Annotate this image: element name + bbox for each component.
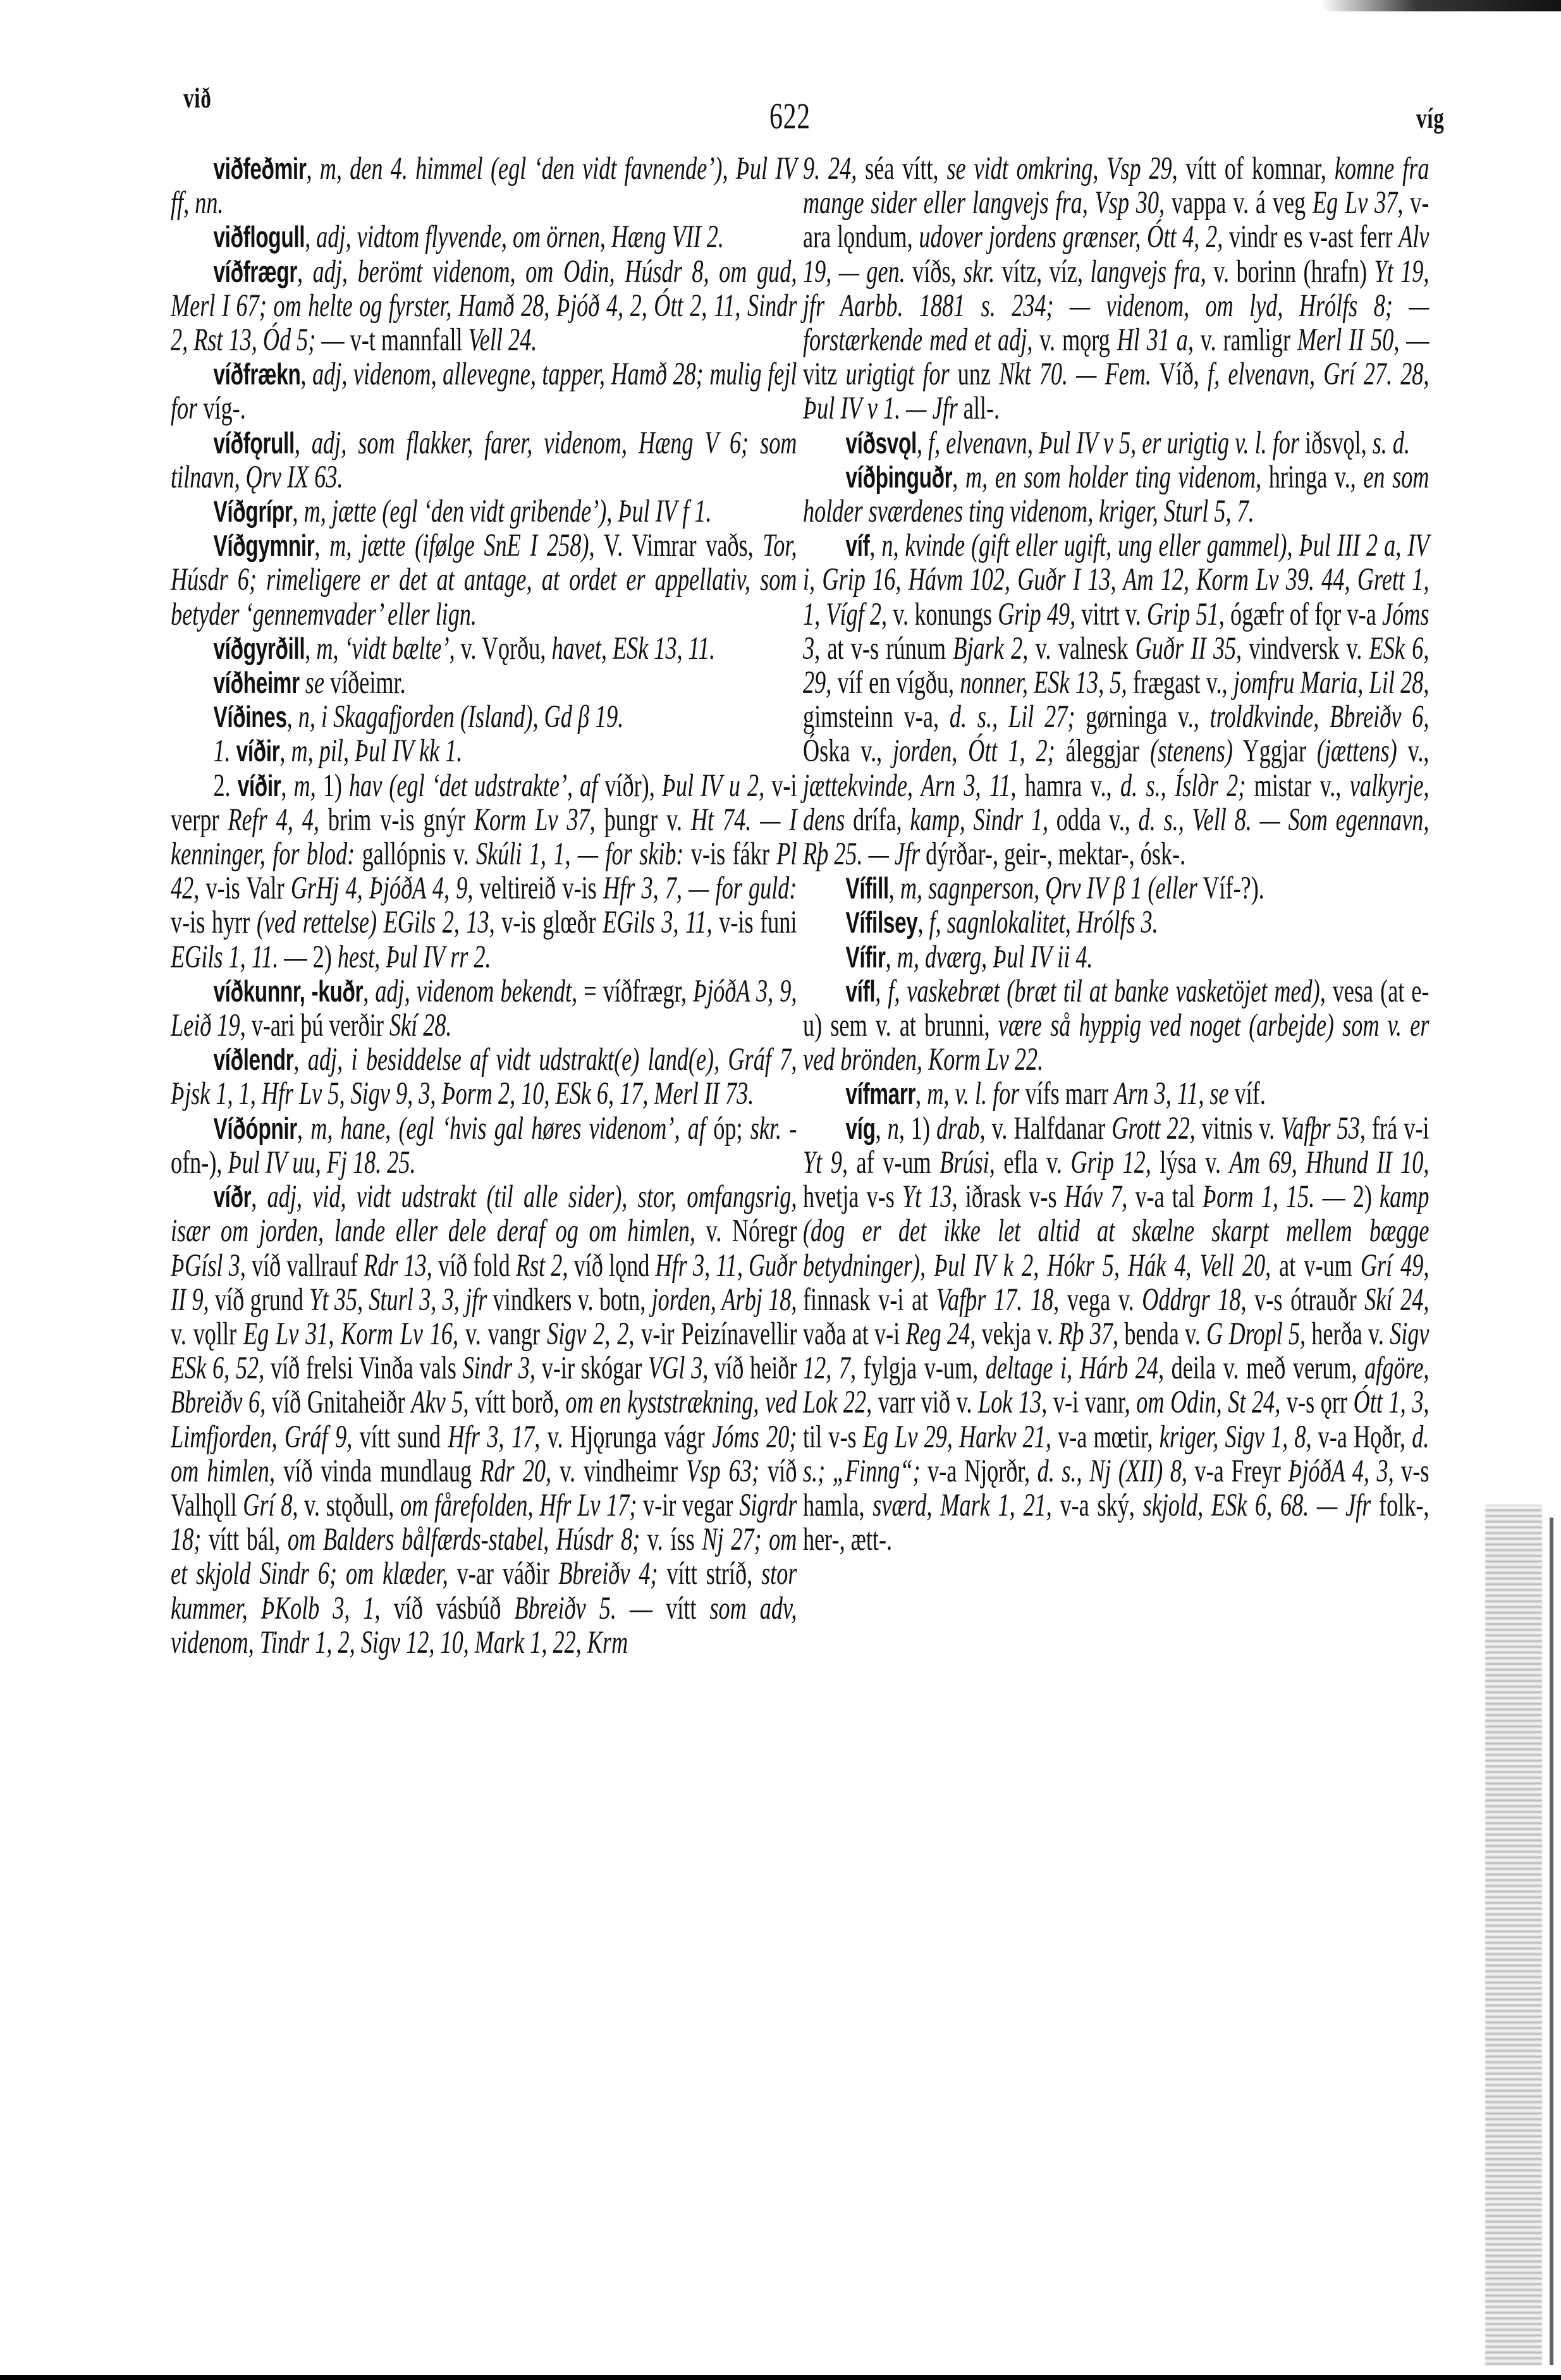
- citation-text: þungr v.: [596, 802, 691, 838]
- scan-smudge: [1321, 0, 1561, 11]
- citation-text: vitnis v.: [1196, 1111, 1281, 1146]
- definition-text: udover jordens grænser, Ótt 4, 2,: [919, 219, 1223, 255]
- definition-text: Arn 3, 11, se: [1114, 1076, 1228, 1112]
- definition-text: kamp, Sindr 1,: [910, 802, 1048, 838]
- definition-text: f, elvenavn, Þul IV v 5, er urigtig v. l…: [928, 426, 1299, 461]
- definition-text: troldkvinde, Bbreiðv 6,: [1210, 699, 1429, 735]
- dictionary-entry: víðfrækn, adj, videnom, allevegne, tappe…: [171, 357, 797, 426]
- citation-text: v-a Njǫrðr,: [921, 1454, 1038, 1489]
- definition-text: Grí 8,: [243, 1488, 298, 1523]
- citation-text: af v-um: [848, 1145, 940, 1181]
- definition-text: deltage i, Hárb 24,: [986, 1351, 1164, 1386]
- definition-text: Skúli 1, 1, — for skib:: [476, 837, 683, 872]
- definition-text: Rdr 20,: [480, 1454, 551, 1489]
- definition-text: m, jætte (egl ‘den vidt gribende’), Þul …: [304, 494, 712, 529]
- citation-text: — v-t mannfall: [315, 322, 468, 358]
- citation-text: víð lǫnd: [568, 1248, 655, 1284]
- definition-text: m, sagnperson, Ǫrv IV β 1 (eller: [900, 871, 1197, 906]
- citation-text: v. íss: [640, 1522, 702, 1557]
- definition-text: m, ‘vidt bælte’,: [316, 631, 455, 666]
- citation-text: óp;: [706, 1111, 750, 1146]
- citation-text: v-is fákr: [683, 837, 776, 872]
- definition-text: Refr 4, 4,: [228, 802, 319, 838]
- headword: víðfrægr: [213, 255, 297, 288]
- definition-text: m, dværg, Þul IV ii 4.: [897, 940, 1093, 975]
- definition-text: Reg 24,: [905, 1316, 976, 1352]
- citation-text: vítt borð,: [469, 1385, 566, 1420]
- dictionary-entry: Víðines, n, i Skagafjorden (Island), Gd …: [171, 700, 797, 734]
- definition-text: Skí 28.: [389, 1008, 452, 1043]
- headword: víðgyrðill: [213, 632, 305, 665]
- citation-text: v.,: [1397, 733, 1429, 769]
- column-right: 9. 24, séa vítt, se vidt omkring, Vsp 29…: [803, 152, 1435, 1557]
- definition-text: hest, Þul IV rr 2.: [338, 940, 491, 975]
- definition-text: VGl 3,: [648, 1351, 708, 1386]
- citation-text: mistar v.,: [1246, 768, 1350, 804]
- definition-text: skr.: [964, 254, 995, 290]
- definition-text: se: [305, 665, 324, 701]
- headword: Víðgrípr: [213, 494, 292, 528]
- citation-text: [300, 665, 305, 701]
- dictionary-page: við 622 víg viðfeðmir, m, den 4. himmel …: [0, 0, 1561, 2380]
- citation-text: víðs,: [905, 254, 964, 290]
- definition-text: skjold, ESk 6, 68. — Jfr: [1143, 1488, 1371, 1523]
- definition-text: adj, vidtom flyvende, om örnen, Hæng VII…: [316, 219, 724, 255]
- headword: víðheimr: [213, 666, 299, 699]
- citation-text: hamra v.,: [1016, 768, 1120, 804]
- citation-text: vindkers v. botn,: [487, 1282, 651, 1318]
- citation-text: vaða at v-i: [803, 1316, 905, 1352]
- definition-text: f, sagnlokalitet, Hrólfs 3.: [929, 905, 1158, 940]
- citation-text: vítz, víz,: [995, 254, 1090, 290]
- citation-text: v-a tal: [1127, 1179, 1203, 1215]
- definition-text: Bbreiðv 6,: [171, 1385, 266, 1420]
- definition-text: Ótt 1, 3,: [1354, 1385, 1429, 1420]
- citation-text: v. vangr: [458, 1316, 547, 1352]
- citation-text: — vítt: [616, 1591, 710, 1626]
- definition-text: Bbreiðv 5.: [514, 1591, 616, 1626]
- citation-text: ,: [915, 1076, 927, 1112]
- definition-text: Þorm 1, 15.: [1203, 1179, 1314, 1215]
- definition-text: n,: [888, 1111, 905, 1146]
- citation-text: víð vásbúð: [381, 1591, 515, 1626]
- definition-text: (ved rettelse) EGils 2, 13,: [257, 905, 495, 940]
- citation-text: víð grund: [209, 1282, 310, 1318]
- definition-text: om fårefolden, Hfr Lv 17;: [400, 1488, 637, 1523]
- dictionary-entry: Víðgymnir, m, jætte (ifølge SnE I 258), …: [171, 529, 797, 632]
- dictionary-entry: víðkunnr, -kuðr, adj, videnom bekendt, =…: [171, 974, 797, 1043]
- dictionary-entry: víðheimr se víðeimr.: [171, 666, 797, 700]
- citation-text: hringa v.,: [1261, 460, 1363, 495]
- definition-text: (stenens): [1150, 733, 1233, 769]
- dictionary-entry: víðgyrðill, m, ‘vidt bælte’, v. Vǫrðu, h…: [171, 632, 797, 666]
- definition-text: ÞjóðA 4, 3,: [1288, 1454, 1393, 1489]
- citation-text: víð Gnitaheiðr: [266, 1385, 411, 1420]
- headword: vífl: [845, 974, 875, 1008]
- headword: víðir: [238, 769, 281, 802]
- citation-text: iðsvǫl,: [1299, 426, 1373, 461]
- definition-text: skr.: [750, 1111, 781, 1146]
- citation-text: ,: [876, 1111, 888, 1146]
- citation-text: víg-.: [197, 391, 245, 426]
- definition-text: jomfru Maria, Lil 28,: [1233, 665, 1429, 701]
- definition-text: d. s., Íslдr 2;: [1120, 768, 1246, 804]
- citation-text: v-ar váðir: [448, 1556, 558, 1592]
- citation-text: — 2): [278, 940, 338, 975]
- dictionary-entry: víðfǫrull, adj, som flakker, farer, vide…: [171, 426, 797, 494]
- citation-text: ,: [305, 631, 316, 666]
- citation-text: 1): [905, 1111, 936, 1146]
- citation-text: benda v.: [1118, 1316, 1206, 1352]
- headword: víðkunnr, -kuðr: [213, 974, 363, 1008]
- definition-text: G Dropl 5,: [1206, 1316, 1306, 1352]
- definition-text: n, i Skagafjorden (Island), Gd β 19.: [298, 699, 624, 735]
- citation-text: vítt bál,: [201, 1522, 288, 1557]
- citation-text: at v-um: [1271, 1248, 1361, 1284]
- citation-text: vindversk v.: [1242, 631, 1369, 666]
- citation-text: gimsteinn v-a,: [803, 699, 950, 735]
- definition-text: Þul IV uu, Fj 18. 25.: [228, 1145, 415, 1181]
- definition-text: Hl 31 a,: [1117, 322, 1194, 358]
- citation-text: 1): [316, 768, 349, 804]
- definition-text: hav (egl ‘det udstrakte’, af: [349, 768, 597, 804]
- citation-text: v. vǫllr: [171, 1316, 243, 1352]
- citation-text: ,: [297, 1111, 310, 1146]
- definition-text: om Odin, St 24,: [1136, 1385, 1280, 1420]
- citation-text: v. konungs: [887, 597, 998, 632]
- definition-text: jættekvinde, Arn 3, 11,: [803, 768, 1016, 804]
- headword: víðir: [236, 734, 280, 768]
- definition-text: Yt 35, Sturl 3, 3, jfr: [309, 1282, 487, 1318]
- definition-text: Grí 49,: [1361, 1248, 1429, 1284]
- citation-text: til v-s: [803, 1420, 863, 1455]
- citation-text: lýsa v.: [1151, 1145, 1230, 1181]
- definition-text: m, hane, (egl ‘hvis gal høres videnom’, …: [310, 1111, 706, 1146]
- definition-text: adj, videnom bekendt,: [375, 974, 577, 1009]
- definition-text: Rst 2,: [516, 1248, 568, 1284]
- citation-text: vítt of komnar,: [1178, 151, 1335, 187]
- citation-text: dýrðar-, geir-, mektar-, ósk-.: [920, 837, 1185, 872]
- citation-text: vítt sund: [352, 1420, 448, 1455]
- definition-text: Vafþr 53,: [1281, 1111, 1366, 1146]
- definition-text: se vidt omkring, Vsp 29,: [946, 151, 1177, 187]
- citation-text: Víð,: [1151, 357, 1208, 392]
- headword: viðflogull: [213, 220, 305, 254]
- citation-text: ,: [363, 974, 375, 1009]
- citation-text: brim v-is gnýr: [319, 802, 474, 838]
- citation-text: ,: [281, 768, 293, 804]
- definition-text: langvejs fra,: [1090, 254, 1206, 290]
- definition-text: 1.: [213, 733, 236, 769]
- column-left: viðfeðmir, m, den 4. himmel (egl ‘den vi…: [171, 152, 803, 1660]
- headword: Vífir: [845, 940, 885, 974]
- headword: víðlendr: [213, 1043, 293, 1076]
- definition-text: Þul IV u 2,: [662, 768, 764, 804]
- definition-text: drab,: [936, 1111, 985, 1146]
- citation-text: víf.: [1229, 1076, 1266, 1112]
- headword: Víðines: [213, 700, 286, 733]
- definition-text: m, jætte (ifølge SnE I 258),: [329, 528, 594, 563]
- citation-text: víð heiðr: [708, 1351, 797, 1386]
- definition-text: Bjark 2,: [953, 631, 1028, 666]
- definition-text: Rþ 37,: [1058, 1316, 1118, 1352]
- citation-text: v. Nóregr: [695, 1213, 797, 1249]
- citation-text: v-a Hǫðr,: [1311, 1420, 1412, 1455]
- dictionary-entry: Vífilsey, f, sagnlokalitet, Hrólfs 3.: [803, 905, 1429, 940]
- citation-text: ,: [287, 699, 298, 735]
- scan-page-edge: [1550, 1518, 1553, 2365]
- definition-text: om Balders bålfærds-stabel, Húsdr 8;: [288, 1522, 640, 1557]
- citation-text: v. Hjǫrunga vágr: [540, 1420, 712, 1455]
- dictionary-entry: 2. víðir, m, 1) hav (egl ‘det udstrakte’…: [171, 769, 797, 974]
- dictionary-entry-continuation: 9. 24, séa vítt, se vidt omkring, Vsp 29…: [803, 152, 1429, 426]
- citation-text: ,: [917, 426, 928, 461]
- citation-text: odda v.,: [1048, 802, 1139, 838]
- headword: Víðgymnir: [213, 529, 314, 562]
- citation-text: v. Vǫrðu,: [455, 631, 552, 666]
- citation-text: Yggjar: [1233, 733, 1317, 769]
- dictionary-entry: víðr, adj, vid, vidt udstrakt (til alle …: [171, 1180, 797, 1660]
- dictionary-entry: víf, n, kvinde (gift eller ugift, ung el…: [803, 529, 1429, 871]
- definition-text: GrHj 4, ÞjóðA 4, 9,: [291, 871, 474, 906]
- citation-text: v. borinn (hrafn): [1206, 254, 1374, 290]
- definition-text: Skí 24,: [1364, 1282, 1429, 1318]
- definition-text: Grip 51,: [1147, 597, 1225, 632]
- definition-text: m,: [294, 768, 316, 804]
- definition-text: m, v. l. for: [927, 1076, 1019, 1112]
- definition-text: Vsp 63;: [686, 1454, 759, 1489]
- definition-text: d. s., Lil 27;: [950, 699, 1075, 735]
- page-number: 622: [769, 95, 811, 137]
- citation-text: v-ari þú verðir: [246, 1008, 389, 1043]
- definition-text: Lok 13,: [978, 1385, 1047, 1420]
- definition-text: Nkt 70. — Fem.: [999, 357, 1151, 392]
- citation-text: Víf-?).: [1197, 871, 1264, 906]
- citation-text: víð vinda mundlaug: [275, 1454, 480, 1489]
- citation-text: ,: [314, 528, 329, 563]
- citation-text: v-a Freyr: [1187, 1454, 1288, 1489]
- headword: víðfǫrull: [213, 426, 294, 460]
- citation-text: ,: [293, 1042, 307, 1077]
- citation-text: drífa,: [845, 802, 910, 838]
- citation-text: deila v. með verum,: [1164, 1351, 1364, 1386]
- citation-text: herða v.: [1306, 1316, 1390, 1352]
- citation-text: v-ir skógar: [536, 1351, 648, 1386]
- citation-text: frá v-i: [1366, 1111, 1429, 1146]
- dictionary-entry: vífmarr, m, v. l. for vífs marr Arn 3, 1…: [803, 1077, 1429, 1111]
- citation-text: efla v.: [995, 1145, 1071, 1181]
- citation-text: ,: [301, 357, 313, 392]
- definition-text: Grott 22,: [1111, 1111, 1195, 1146]
- citation-text: vífs marr: [1019, 1076, 1114, 1112]
- headword: víf: [845, 529, 869, 562]
- citation-text: ,: [306, 151, 319, 187]
- citation-text: gørninga v.,: [1075, 699, 1209, 735]
- citation-text: Óska v.,: [803, 733, 893, 769]
- definition-text: Vell 24.: [468, 322, 537, 358]
- headword: víðr: [213, 1180, 251, 1213]
- citation-text: v-is Valr: [199, 871, 291, 906]
- citation-text: víf en vígðu,: [831, 665, 960, 701]
- citation-text: ,: [886, 940, 897, 975]
- citation-text: víðr),: [597, 768, 662, 804]
- definition-text: Eg Lv 37,: [1313, 185, 1403, 221]
- definition-text: Yt 9,: [803, 1145, 848, 1181]
- citation-text: ,: [869, 528, 881, 563]
- dictionary-entry: víðþinguðr, m, en som holder ting videno…: [803, 460, 1429, 529]
- definition-text: Hfr 3, 17,: [448, 1420, 541, 1455]
- definition-text: d. s., Nj (XII) 8,: [1038, 1454, 1187, 1489]
- citation-text: vappa v. á veg: [1165, 185, 1313, 221]
- citation-text: vitrt v.: [1075, 597, 1147, 632]
- citation-text: ,: [297, 254, 313, 290]
- citation-text: iðrask v-s: [958, 1179, 1065, 1215]
- citation-text: all-.: [958, 391, 1000, 426]
- definition-text: Hfr 3, 7, — for guld:: [603, 871, 797, 906]
- headword: Vífill: [845, 871, 888, 905]
- dictionary-entry: vífl, f, vaskebræt (bræt til at banke va…: [803, 974, 1429, 1077]
- citation-text: víð vallrauf: [246, 1248, 364, 1284]
- definition-text: m, pil, Þul IV kk 1.: [291, 733, 462, 769]
- citation-text: v. stǫðull,: [298, 1488, 400, 1523]
- running-head-right: víg: [1416, 101, 1444, 135]
- definition-text: havet, ESk 13, 11.: [551, 631, 715, 666]
- citation-text: ,: [279, 733, 291, 769]
- headword: viðfeðmir: [213, 152, 306, 185]
- definition-text: 9. 24,: [803, 151, 857, 187]
- definition-text: Háv 7,: [1065, 1179, 1128, 1215]
- citation-text: áleggjar: [1055, 733, 1150, 769]
- headword: vífmarr: [845, 1077, 915, 1110]
- citation-text: v-a mœtir,: [1051, 1420, 1160, 1455]
- citation-text: vega v.: [1059, 1282, 1142, 1318]
- headword: Víðópnir: [213, 1112, 297, 1145]
- citation-text: ,: [295, 426, 312, 461]
- citation-text: ,: [305, 219, 316, 255]
- definition-text: s. d.: [1373, 426, 1410, 461]
- definition-text: Eg Lv 31, Korm Lv 16,: [243, 1316, 458, 1352]
- citation-text: v-is hyrr: [171, 905, 257, 940]
- citation-text: séa vítt,: [857, 151, 946, 187]
- definition-text: Eg Lv 29, Harkv 21,: [863, 1420, 1051, 1455]
- definition-text: EGils 1, 11.: [171, 940, 278, 975]
- definition-text: kriger, Sigv 1, 8,: [1160, 1420, 1312, 1455]
- definition-text: Bbreiðv 4;: [558, 1556, 658, 1592]
- headword: víg: [845, 1112, 875, 1145]
- definition-text: Sindr 3,: [463, 1351, 536, 1386]
- definition-text: f, vaskebræt (bræt til at banke vasketöj…: [888, 974, 1325, 1009]
- definition-text: Am 69, Hhund II 10,: [1230, 1145, 1429, 1181]
- citation-text: v. vindheimr: [551, 1454, 686, 1489]
- citation-text: 2.: [213, 768, 237, 804]
- dictionary-entry: víðsvǫl, f, elvenavn, Þul IV v 5, er uri…: [803, 426, 1429, 460]
- citation-text: ógæfr of fǫr v-a: [1225, 597, 1382, 632]
- citation-text: ,: [952, 460, 965, 495]
- citation-text: finnask v-i at: [803, 1282, 936, 1318]
- citation-text: hvetja v-s: [803, 1179, 902, 1215]
- definition-text: Merl II 50,: [1297, 322, 1399, 358]
- definition-text: EGils 3, 11,: [603, 905, 712, 940]
- definition-text: ESk 6, 52,: [171, 1351, 264, 1386]
- citation-text: víðeimr.: [324, 665, 406, 701]
- definition-text: m, en som holder ting videnom,: [965, 460, 1261, 495]
- headword: Vífilsey: [845, 905, 917, 939]
- headword: víðfrækn: [213, 357, 300, 391]
- citation-text: V. Vimrar vaðs,: [595, 528, 763, 563]
- definition-text: Guðr II 35,: [1136, 631, 1242, 666]
- citation-text: fylgja v-um,: [856, 1351, 986, 1386]
- definition-text: Grip 12,: [1071, 1145, 1151, 1181]
- dictionary-entry: Vífir, m, dværg, Þul IV ii 4.: [803, 940, 1429, 974]
- dictionary-entry: viðflogull, adj, vidtom flyvende, om örn…: [171, 220, 797, 254]
- column-left-entries: viðfeðmir, m, den 4. himmel (egl ‘den vi…: [171, 152, 797, 1660]
- definition-text: Brúsi,: [940, 1145, 995, 1181]
- citation-text: ,: [251, 1179, 267, 1215]
- definition-text: Grip 49,: [998, 597, 1075, 632]
- dictionary-entry: víg, n, 1) drab, v. Halfdanar Grott 22, …: [803, 1112, 1429, 1557]
- scan-bottom-edge: [0, 2375, 1561, 2380]
- citation-text: gallópnis v.: [355, 837, 476, 872]
- headword: víðsvǫl: [845, 426, 917, 460]
- citation-text: vindr es v-ast ferr: [1223, 219, 1399, 255]
- citation-text: vítt stríð,: [658, 1556, 761, 1592]
- definition-text: jorden, Ótt 1, 2;: [893, 733, 1055, 769]
- citation-text: ,: [875, 974, 888, 1009]
- definition-text: Sigv 2, 2,: [547, 1316, 634, 1352]
- citation-text: víð frelsi Vinða vals: [264, 1351, 462, 1386]
- citation-text: ,: [293, 494, 304, 529]
- headword: víðþinguðr: [845, 460, 952, 494]
- citation-text: v. ramligr: [1194, 322, 1297, 358]
- definition-text: Akv 5,: [411, 1385, 468, 1420]
- dictionary-entry: Vífill, m, sagnperson, Ǫrv IV β 1 (eller…: [803, 871, 1429, 905]
- definition-text: Rdr 13,: [364, 1248, 432, 1284]
- definition-text: ÞGísl 3,: [171, 1248, 246, 1284]
- citation-text: v-is funi: [713, 905, 797, 940]
- definition-text: Vafþr 17. 18,: [936, 1282, 1059, 1318]
- citation-text: v-i vanr,: [1047, 1385, 1136, 1420]
- dictionary-entry: viðfeðmir, m, den 4. himmel (egl ‘den vi…: [171, 152, 797, 220]
- definition-text: (jættens): [1317, 733, 1397, 769]
- citation-text: frægast v.,: [1127, 665, 1233, 701]
- definition-text: Yt 13,: [902, 1179, 958, 1215]
- citation-text: v-s ǫrr: [1280, 1385, 1353, 1420]
- citation-text: v-a ský,: [1052, 1488, 1143, 1523]
- citation-text: v. Halfdanar: [986, 1111, 1112, 1146]
- citation-text: varr við v.: [872, 1385, 978, 1420]
- citation-text: v-is glœðr: [495, 905, 603, 940]
- citation-text: v-ir Peizínavellir: [634, 1316, 797, 1352]
- citation-text: víð fold: [432, 1248, 516, 1284]
- citation-text: veltireið v-is: [473, 871, 603, 906]
- column-right-entries: 9. 24, séa vítt, se vidt omkring, Vsp 29…: [803, 152, 1429, 1557]
- citation-text: vekja v.: [976, 1316, 1058, 1352]
- citation-text: = víðfrægr,: [577, 974, 693, 1009]
- citation-text: — 2): [1314, 1179, 1380, 1215]
- definition-text: Oddrgr 18,: [1142, 1282, 1246, 1318]
- dictionary-entry: víðfrægr, adj, berömt videnom, om Odin, …: [171, 255, 797, 358]
- dictionary-entry: Víðópnir, m, hane, (egl ‘hvis gal høres …: [171, 1112, 797, 1180]
- citation-text: v. valnesk: [1028, 631, 1135, 666]
- citation-text: ,: [889, 871, 900, 906]
- citation-text: at v-s rúnum: [820, 631, 953, 666]
- citation-text: unz: [950, 357, 1000, 392]
- citation-text: v-s ótrauðr: [1247, 1282, 1365, 1318]
- citation-text: ,: [917, 905, 929, 940]
- dictionary-entry: víðlendr, adj, i besiddelse af vidt udst…: [171, 1043, 797, 1111]
- dictionary-entry: 1. víðir, m, pil, Þul IV kk 1.: [171, 734, 797, 768]
- definition-text: nonner, ESk 13, 5,: [960, 665, 1127, 701]
